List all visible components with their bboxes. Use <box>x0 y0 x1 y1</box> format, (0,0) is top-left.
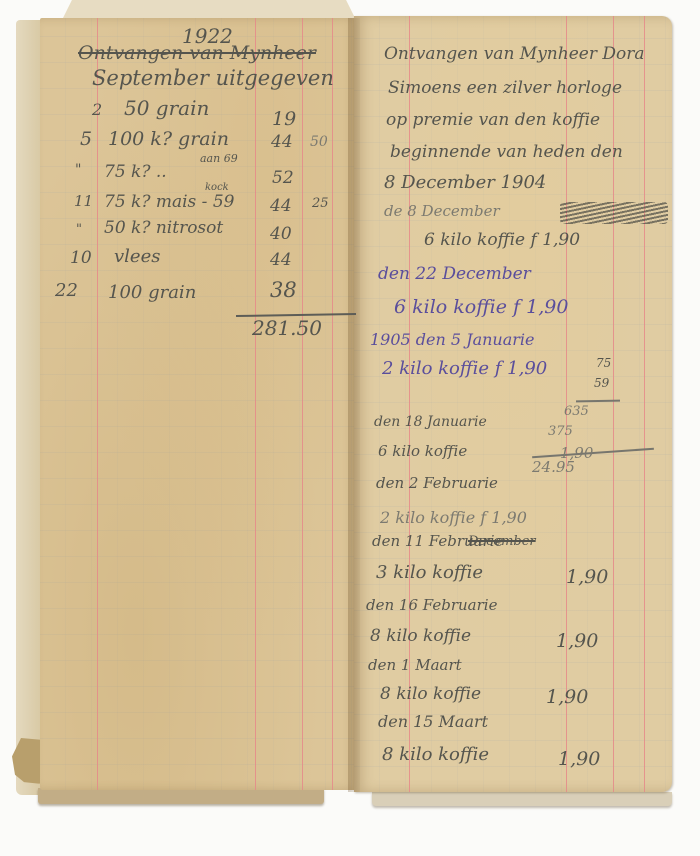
entry-date: den 18 Januarie <box>374 414 487 430</box>
entry-item: vlees <box>114 246 160 267</box>
calc-value: 635 <box>564 404 589 419</box>
entry-item: 8 kilo koffie <box>382 744 489 765</box>
entry-date: 1905 den 5 Januarie <box>370 330 535 349</box>
back-cover-edge-right <box>372 792 672 806</box>
gutter-shadow <box>348 18 360 792</box>
entry-day: " <box>76 222 82 237</box>
calc-value: 375 <box>548 424 573 439</box>
column-rule <box>332 18 333 790</box>
ledger-total: 281.50 <box>252 316 322 340</box>
entry-amount: 1,90 <box>560 444 593 462</box>
entry-item: 100 grain <box>108 282 196 303</box>
intro-line: op premie van den koffie <box>386 110 600 130</box>
entry-item: 50 k? nitrosot <box>104 218 223 238</box>
entry-date: den 16 Februarie <box>366 596 497 614</box>
entry-item: 2 kilo koffie f 1,90 <box>380 508 527 527</box>
column-rule <box>613 16 614 792</box>
struck-out-scribble <box>560 202 668 224</box>
entry-item: 75 k? mais - 59 <box>104 192 234 212</box>
entry-cents: 50 <box>310 134 328 150</box>
entry-amount: 44 <box>270 250 292 270</box>
intro-line: Ontvangen van Mynheer Dora <box>384 44 644 64</box>
entry-day: 10 <box>70 248 92 268</box>
page-heading: September uitgegeven <box>92 66 334 90</box>
entry-date: den 22 December <box>378 264 531 284</box>
entry-item: 75 k? .. <box>104 162 167 182</box>
entry-amount: 44 <box>271 132 293 152</box>
entry-item: 50 grain <box>124 96 209 120</box>
entry-item: 6 kilo koffie f 1,90 <box>394 296 568 318</box>
entry-day: 11 <box>74 192 93 210</box>
entry-date: den 15 Maart <box>378 712 488 731</box>
margin-rule <box>409 16 410 792</box>
entry-amount: 1,90 <box>556 630 598 652</box>
margin-rule <box>97 18 98 790</box>
entry-day: 5 <box>80 128 92 150</box>
entry-amount: 1,90 <box>558 748 600 770</box>
entry-date: den 1 Maart <box>368 656 462 674</box>
struck-month: December <box>468 534 536 549</box>
struck-heading: Ontvangen van Mynheer <box>78 42 316 64</box>
entry-amount: 38 <box>270 278 297 302</box>
entry-item: 2 kilo koffie f 1,90 <box>382 358 547 379</box>
intro-line: beginnende van heden den <box>390 142 623 162</box>
entry-amount: 19 <box>272 108 296 130</box>
entry-note: aan 69 <box>200 152 238 165</box>
entry-amount: 40 <box>270 224 292 244</box>
entry-item: 8 kilo koffie <box>380 684 481 704</box>
calc-value: 75 <box>596 356 611 370</box>
entry-amount: 1,90 <box>546 686 588 708</box>
notebook-spread: 1922 Ontvangen van Mynheer September uit… <box>0 0 700 856</box>
entry-item: 6 kilo koffie f 1,90 <box>424 230 580 250</box>
entry-day: 2 <box>92 100 102 119</box>
intro-line: Simoens een zilver horloge <box>388 78 622 98</box>
entry-date: de 8 December <box>384 202 500 220</box>
entry-amount: 1,90 <box>566 566 608 588</box>
entry-day: " <box>75 162 81 178</box>
entry-cents: 25 <box>312 196 329 211</box>
column-rule <box>302 18 303 790</box>
entry-day: 22 <box>55 280 78 301</box>
intro-line: 8 December 1904 <box>384 172 546 193</box>
right-page <box>354 16 672 792</box>
back-cover-edge-left <box>38 788 324 804</box>
calc-value: 59 <box>594 376 609 390</box>
entry-amount: 52 <box>272 168 294 188</box>
column-rule <box>644 16 645 792</box>
entry-item: 100 k? grain <box>108 128 229 150</box>
entry-date: den 2 Februarie <box>376 474 498 492</box>
entry-item: 3 kilo koffie <box>376 562 483 583</box>
entry-amount: 44 <box>270 196 292 216</box>
column-rule <box>255 18 256 790</box>
entry-item: 6 kilo koffie <box>378 442 467 460</box>
entry-item: 8 kilo koffie <box>370 626 471 646</box>
